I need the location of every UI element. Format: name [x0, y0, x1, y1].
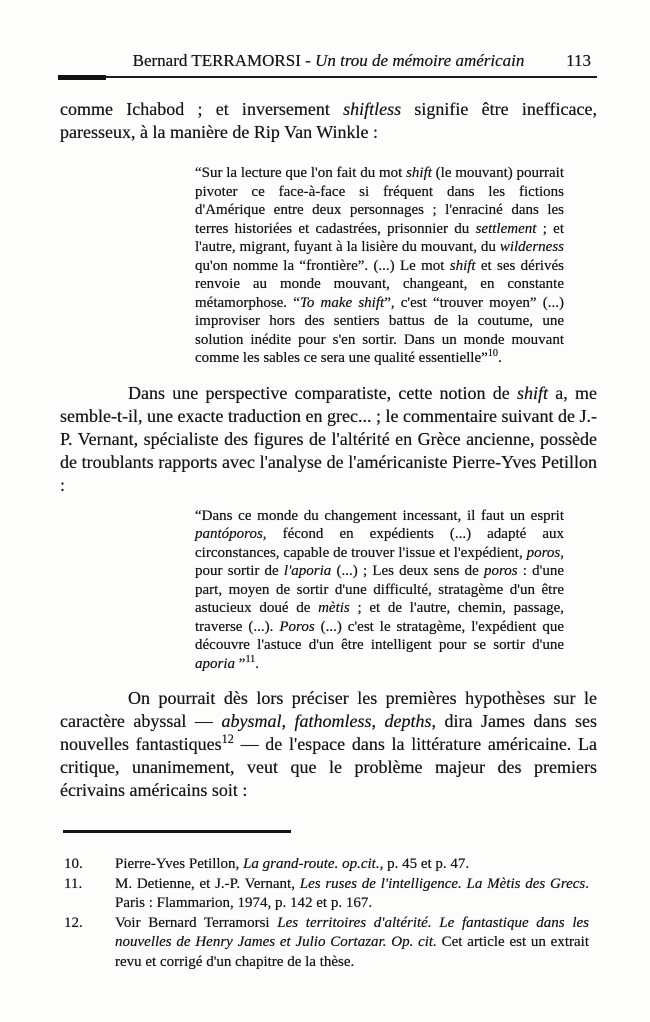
footnote-12: 12. Voir Bernard Terramorsi Les territoi…: [60, 914, 597, 973]
footnote-text: Voir Bernard Terramorsi Les territoires …: [115, 914, 597, 973]
page-number: 113: [566, 50, 591, 72]
scanned-book-page: Bernard TERRAMORSI - Un trou de mémoire …: [0, 0, 650, 1022]
header-rule-accent: [58, 75, 106, 80]
blockquote-vernant-poros: “Dans ce monde du changement incessant, …: [195, 507, 564, 674]
footnote-number: 11.: [60, 875, 115, 914]
page-header: Bernard TERRAMORSI - Un trou de mémoire …: [60, 50, 597, 78]
footnote-text: M. Detienne, et J.-P. Vernant, Les ruses…: [115, 875, 597, 914]
footnotes-section: 10. Pierre-Yves Petillon, La grand-route…: [60, 855, 597, 972]
footnote-11: 11. M. Detienne, et J.-P. Vernant, Les r…: [60, 875, 597, 914]
running-head-title: Un trou de mémoire américain: [315, 51, 524, 70]
footnote-number: 12.: [60, 914, 115, 973]
paragraph-comparatiste: Dans une perspective comparatiste, cette…: [60, 382, 597, 497]
blockquote-petillon-shift: “Sur la lecture que l'on fait du mot shi…: [195, 164, 564, 368]
footnote-separator-rule: [63, 830, 291, 833]
paragraph-intro: comme Ichabod ; et inversement shiftless…: [60, 98, 597, 144]
paragraph-hypotheses: On pourrait dès lors préciser les premiè…: [60, 687, 597, 802]
footnote-number: 10.: [60, 855, 115, 875]
footnote-text: Pierre-Yves Petillon, La grand-route. op…: [115, 855, 597, 875]
footnote-10: 10. Pierre-Yves Petillon, La grand-route…: [60, 855, 597, 875]
running-head-author: Bernard TERRAMORSI -: [133, 51, 315, 70]
